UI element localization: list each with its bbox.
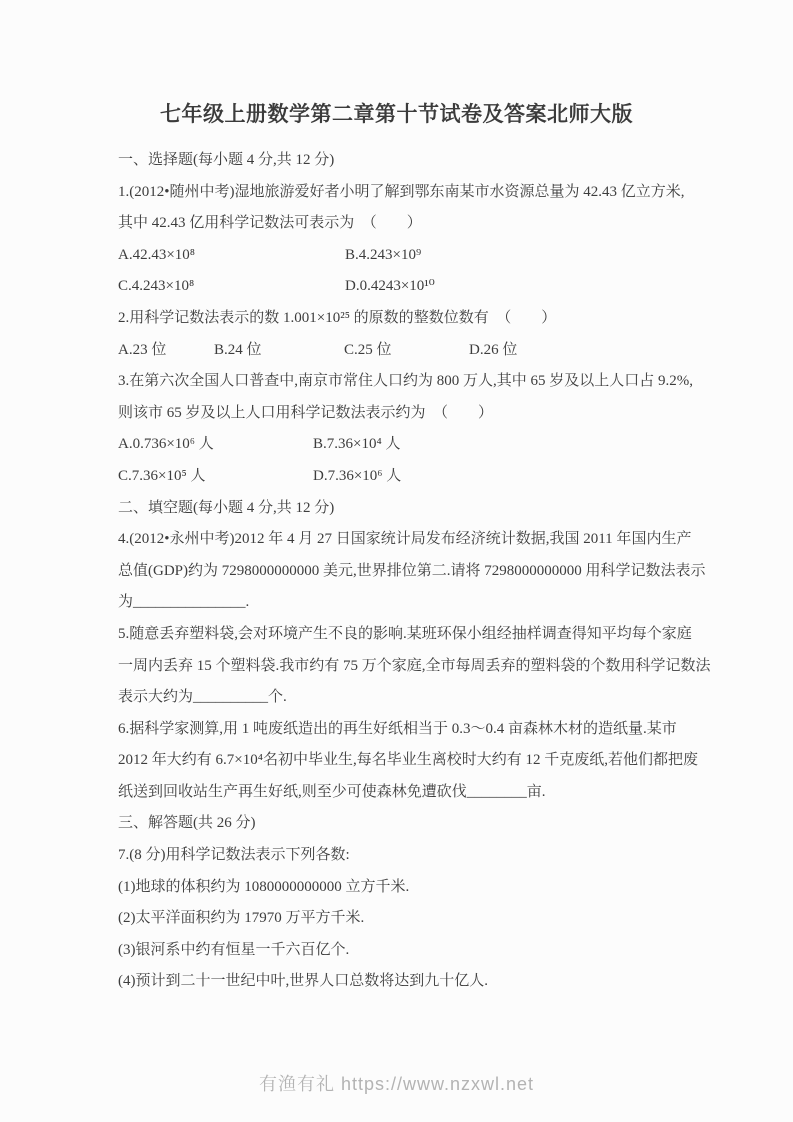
question-1-line-1: 1.(2012•随州中考)湿地旅游爱好者小明了解到鄂东南某市水资源总量为 42.… bbox=[118, 177, 683, 209]
section-heading-choice: 一、选择题(每小题 4 分,共 12 分) bbox=[118, 145, 683, 177]
question-3-line-1: 3.在第六次全国人口普查中,南京市常住人口约为 800 万人,其中 65 岁及以… bbox=[118, 366, 683, 398]
question-2-options-row: A.23 位 B.24 位 C.25 位 D.26 位 bbox=[118, 335, 683, 367]
question-7-intro: 7.(8 分)用科学记数法表示下列各数: bbox=[118, 840, 683, 872]
question-2-line-1: 2.用科学记数法表示的数 1.001×10²⁵ 的原数的整数位数有 （ ） bbox=[118, 303, 683, 335]
question-5-line-1: 5.随意丢弃塑料袋,会对环境产生不良的影响.某班环保小组经抽样调查得知平均每个家… bbox=[118, 619, 683, 651]
q2-option-c: C.25 位 bbox=[344, 335, 469, 367]
question-6-line-2: 2012 年大约有 6.7×10⁴名初中毕业生,每名毕业生离校时大约有 12 千… bbox=[118, 745, 683, 777]
q2-option-d: D.26 位 bbox=[469, 335, 517, 367]
question-4-line-1: 4.(2012•永州中考)2012 年 4 月 27 日国家统计局发布经济统计数… bbox=[118, 524, 683, 556]
q1-option-a: A.42.43×10⁸ bbox=[118, 240, 345, 272]
question-7-item-2: (2)太平洋面积约为 17970 万平方千米. bbox=[118, 903, 683, 935]
q3-option-d: D.7.36×10⁶ 人 bbox=[313, 461, 401, 493]
question-7-item-4: (4)预计到二十一世纪中叶,世界人口总数将达到九十亿人. bbox=[118, 966, 683, 998]
question-6-line-1: 6.据科学家测算,用 1 吨废纸造出的再生好纸相当于 0.3～0.4 亩森林木材… bbox=[118, 714, 683, 746]
question-7-item-3: (3)银河系中约有恒星一千六百亿个. bbox=[118, 935, 683, 967]
q3-option-b: B.7.36×10⁴ 人 bbox=[313, 429, 400, 461]
page-title: 七年级上册数学第二章第十节试卷及答案北师大版 bbox=[0, 98, 793, 128]
question-1-options-row-2: C.4.243×10⁸ D.0.4243×10¹⁰ bbox=[118, 271, 683, 303]
q2-option-a: A.23 位 bbox=[118, 335, 214, 367]
section-heading-fill: 二、填空题(每小题 4 分,共 12 分) bbox=[118, 493, 683, 525]
question-1-line-2: 其中 42.43 亿用科学记数法可表示为 （ ） bbox=[118, 208, 683, 240]
question-6-line-3-blank: 纸送到回收站生产再生好纸,则至少可使森林免遭砍伐________亩. bbox=[118, 777, 683, 809]
question-3-options-row-2: C.7.36×10⁵ 人 D.7.36×10⁶ 人 bbox=[118, 461, 683, 493]
question-1-options-row-1: A.42.43×10⁸ B.4.243×10⁹ bbox=[118, 240, 683, 272]
paper-content: 一、选择题(每小题 4 分,共 12 分) 1.(2012•随州中考)湿地旅游爱… bbox=[118, 145, 683, 998]
q1-option-d: D.0.4243×10¹⁰ bbox=[345, 271, 435, 303]
q3-option-a: A.0.736×10⁶ 人 bbox=[118, 429, 313, 461]
question-4-line-3-blank: 为_______________. bbox=[118, 587, 683, 619]
question-4-line-2: 总值(GDP)约为 7298000000000 美元,世界排位第二.请将 729… bbox=[118, 556, 683, 588]
q1-option-c: C.4.243×10⁸ bbox=[118, 271, 345, 303]
question-3-options-row-1: A.0.736×10⁶ 人 B.7.36×10⁴ 人 bbox=[118, 429, 683, 461]
q3-option-c: C.7.36×10⁵ 人 bbox=[118, 461, 313, 493]
question-5-line-2: 一周内丢弃 15 个塑料袋.我市约有 75 万个家庭,全市每周丢弃的塑料袋的个数… bbox=[118, 651, 683, 683]
question-7-item-1: (1)地球的体积约为 1080000000000 立方千米. bbox=[118, 872, 683, 904]
q2-option-b: B.24 位 bbox=[214, 335, 344, 367]
question-5-line-3-blank: 表示大约为__________个. bbox=[118, 682, 683, 714]
question-3-line-2: 则该市 65 岁及以上人口用科学记数法表示约为 （ ） bbox=[118, 398, 683, 430]
footer-watermark: 有渔有礼 https://www.nzxwl.net bbox=[0, 1070, 793, 1096]
q1-option-b: B.4.243×10⁹ bbox=[345, 240, 421, 272]
test-paper-page: { "document": { "title": "七年级上册数学第二章第十节试… bbox=[0, 0, 793, 1122]
section-heading-solve: 三、解答题(共 26 分) bbox=[118, 808, 683, 840]
